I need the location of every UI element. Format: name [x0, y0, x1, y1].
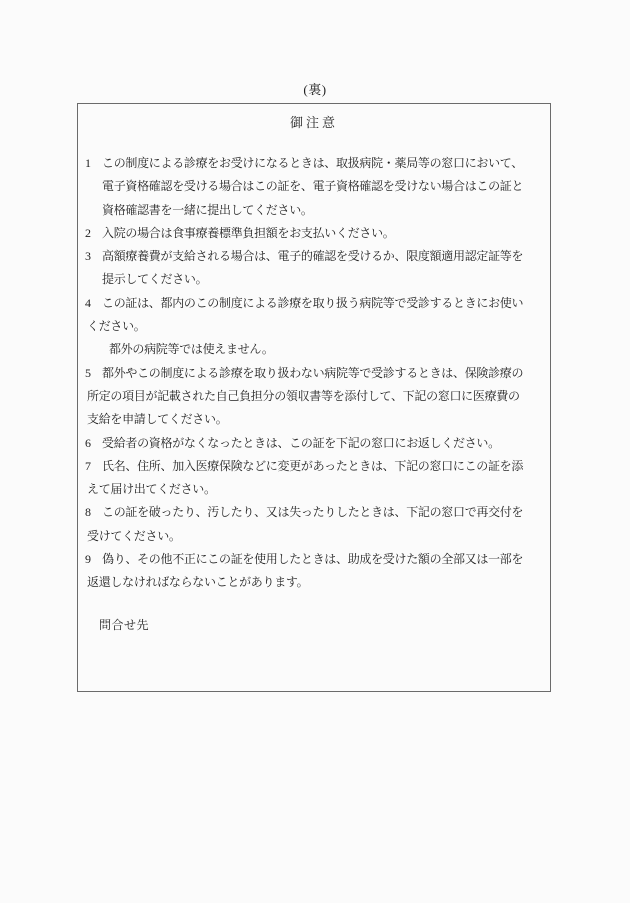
- notice-item-line-first: 8この証を破ったり、汚したり、又は失ったりしたときは、下記の窓口で再交付を: [78, 501, 550, 524]
- notice-box: 御注意 1この制度による診療をお受けになるときは、取扱病院・薬局等の窓口において…: [77, 103, 551, 692]
- item-number: 9: [85, 548, 91, 571]
- notice-item-line: えて届け出てください。: [78, 478, 550, 501]
- notice-item-line-first: 7氏名、住所、加入医療保険などに変更があったときは、下記の窓口にこの証を添: [78, 455, 550, 478]
- notice-item-line-first: 4この証は、都内のこの制度による診療を取り扱う病院等で受診するときにお使い: [78, 292, 550, 315]
- side-label: (裏): [0, 79, 630, 98]
- item-number: 1: [85, 152, 91, 175]
- contact-label: 問合せ先: [78, 614, 550, 637]
- item-number: 6: [85, 432, 91, 455]
- notice-item-line-first: 9偽り、その他不正にこの証を使用したときは、助成を受けた額の全部又は一部を: [78, 548, 550, 571]
- notice-item-line: 返還しなければならないことがあります。: [78, 571, 550, 594]
- notice-item-line: 所定の項目が記載された自己負担分の領収書等を添付して、下記の窓口に医療費の: [78, 385, 550, 408]
- notice-item-line: ください。: [78, 315, 550, 338]
- item-number: 5: [85, 362, 91, 385]
- item-number: 4: [85, 292, 91, 315]
- notice-item-line: 都外の病院等では使えません。: [78, 338, 550, 361]
- item-number: 8: [85, 501, 91, 524]
- notice-item-line-first: 2入院の場合は食事療養標準負担額をお支払いください。: [78, 222, 550, 245]
- item-number: 2: [85, 222, 91, 245]
- notice-item-line-first: 3高額療養費が支給される場合は、電子的確認を受けるか、限度額適用認定証等を: [78, 245, 550, 268]
- item-number: 7: [85, 455, 91, 478]
- item-number: 3: [85, 245, 91, 268]
- notice-item-line: 資格確認書を一緒に提出してください。: [78, 199, 550, 222]
- notice-item-line: 提示してください。: [78, 268, 550, 291]
- notice-item-line-first: 5都外やこの制度による診療を取り扱わない病院等で受診するときは、保険診療の: [78, 362, 550, 385]
- notice-item-line: 支給を申請してください。: [78, 408, 550, 431]
- notice-item-line: 電子資格確認を受ける場合はこの証を、電子資格確認を受けない場合はこの証と: [78, 175, 550, 198]
- notice-item-line: 受けてください。: [78, 525, 550, 548]
- notice-item-line-first: 1この制度による診療をお受けになるときは、取扱病院・薬局等の窓口において、: [78, 152, 550, 175]
- notice-title: 御注意: [78, 112, 550, 131]
- notice-item-line-first: 6受給者の資格がなくなったときは、この証を下記の窓口にお返しください。: [78, 432, 550, 455]
- document-page: (裏) 御注意 1この制度による診療をお受けになるときは、取扱病院・薬局等の窓口…: [0, 0, 630, 903]
- notice-list: 1この制度による診療をお受けになるときは、取扱病院・薬局等の窓口において、電子資…: [78, 152, 550, 595]
